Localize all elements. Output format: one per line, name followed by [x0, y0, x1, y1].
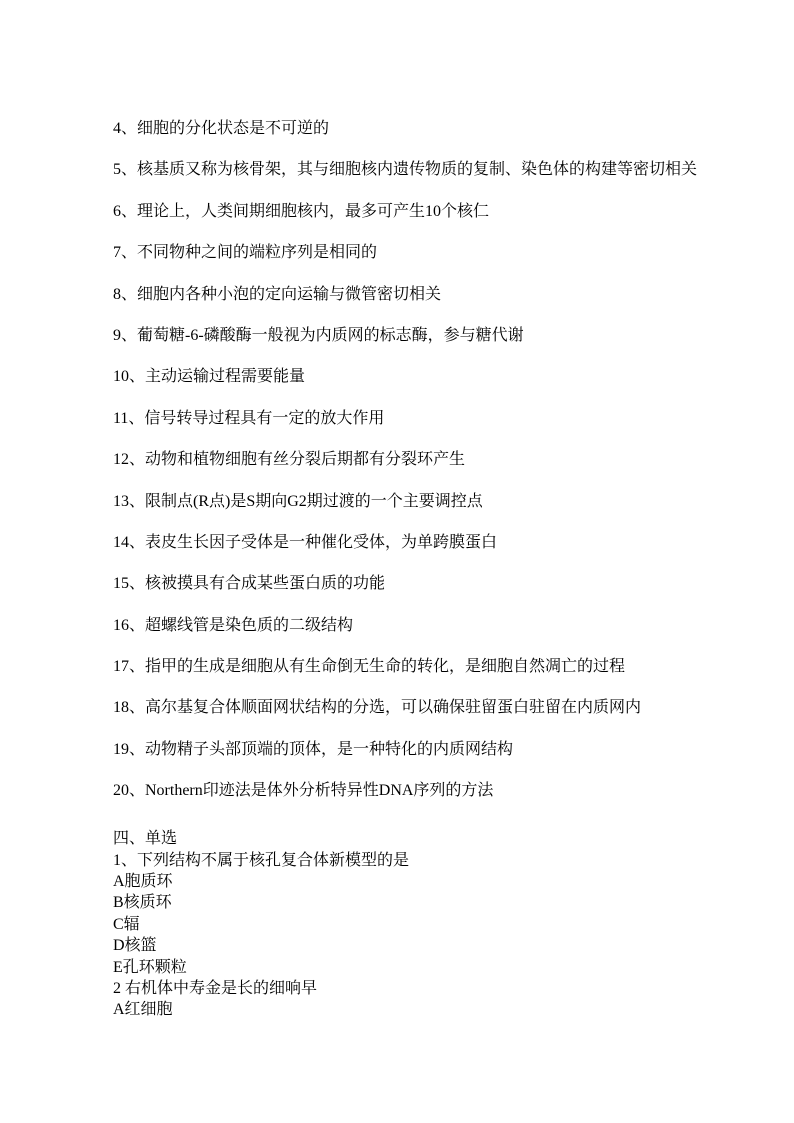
- mc-q1-option-d: D核篮: [113, 938, 713, 954]
- single-choice-section: 四、单选 1、下列结构不属于核孔复合体新模型的是 A胞质环 B核质环 C辐 D核…: [113, 831, 713, 1018]
- section-heading: 四、单选: [113, 831, 713, 847]
- mc-q1-option-e: E孔环颗粒: [113, 960, 713, 976]
- judgment-item-14: 14、表皮生长因子受体是一种催化受体，为单跨膜蛋白: [113, 535, 713, 551]
- judgment-item-10: 10、主动运输过程需要能量: [113, 369, 713, 385]
- judgment-item-16: 16、超螺线管是染色质的二级结构: [113, 618, 713, 634]
- mc-q1-option-a: A胞质环: [113, 874, 713, 890]
- judgment-item-12: 12、动物和植物细胞有丝分裂后期都有分裂环产生: [113, 452, 713, 468]
- judgment-item-19: 19、动物精子头部顶端的顶体，是一种特化的内质网结构: [113, 742, 713, 758]
- judgment-item-9: 9、葡萄糖-6-磷酸酶一般视为内质网的标志酶，参与糖代谢: [113, 328, 713, 344]
- document-page: 4、细胞的分化状态是不可逆的 5、核基质又称为核骨架，其与细胞核内遗传物质的复制…: [0, 0, 794, 1123]
- judgment-item-11: 11、信号转导过程具有一定的放大作用: [113, 411, 713, 427]
- judgment-item-8: 8、细胞内各种小泡的定向运输与微管密切相关: [113, 287, 713, 303]
- mc-q2-option-a: A红细胞: [113, 1002, 713, 1018]
- mc-question-2: 2 右机体中寿金是长的细响早: [113, 981, 713, 997]
- judgment-item-20: 20、Northern印迹法是体外分析特异性DNA序列的方法: [113, 783, 713, 799]
- judgment-item-18: 18、高尔基复合体顺面网状结构的分选，可以确保驻留蛋白驻留在内质网内: [113, 700, 713, 716]
- judgment-item-6: 6、理论上，人类间期细胞核内，最多可产生10个核仁: [113, 204, 713, 220]
- mc-q1-option-c: C辐: [113, 917, 713, 933]
- judgment-item-5: 5、核基质又称为核骨架，其与细胞核内遗传物质的复制、染色体的构建等密切相关: [113, 162, 713, 178]
- judgment-item-13: 13、限制点(R点)是S期向G2期过渡的一个主要调控点: [113, 494, 713, 510]
- judgment-item-7: 7、不同物种之间的端粒序列是相同的: [113, 245, 713, 261]
- judgment-item-15: 15、核被摸具有合成某些蛋白质的功能: [113, 576, 713, 592]
- mc-q1-option-b: B核质环: [113, 895, 713, 911]
- judgment-item-4: 4、细胞的分化状态是不可逆的: [113, 121, 713, 137]
- judgment-item-17: 17、指甲的生成是细胞从有生命倒无生命的转化，是细胞自然凋亡的过程: [113, 659, 713, 675]
- mc-question-1: 1、下列结构不属于核孔复合体新模型的是: [113, 853, 713, 869]
- document-content: 4、细胞的分化状态是不可逆的 5、核基质又称为核骨架，其与细胞核内遗传物质的复制…: [113, 121, 713, 1024]
- judgment-list: 4、细胞的分化状态是不可逆的 5、核基质又称为核骨架，其与细胞核内遗传物质的复制…: [113, 121, 713, 799]
